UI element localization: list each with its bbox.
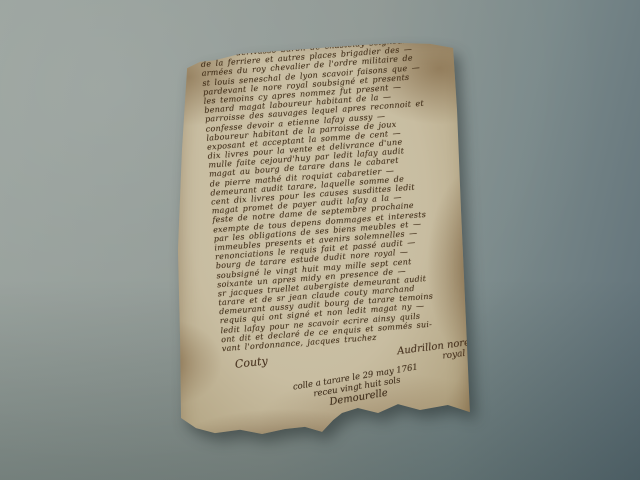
manuscript-line: mulle faite cejourd'huy par ledit lafay …: [208, 142, 472, 170]
manuscript-line: renonciations le requis fait et passé au…: [215, 233, 479, 261]
signature-notary-title: royal: [398, 348, 472, 367]
photo-backdrop: charles derivasso baron de chastelay sei…: [0, 0, 640, 480]
manuscript-line: bourg de tarare estude dudit nore royal …: [215, 242, 479, 270]
manuscript-line: magat au bourg de tarare dans le cabaret: [209, 151, 473, 179]
manuscript-line: de pierre mathé dit roquiat cabaretier —: [209, 160, 473, 188]
manuscript-line: parroisse des sauvages lequel apres reco…: [205, 96, 469, 124]
manuscript-line: charles derivasso baron de chastelay sei…: [200, 32, 464, 60]
manuscript-line: dix livres pour la vente et delivrance d…: [207, 132, 471, 160]
manuscript-line: tarare et de sr jean claude couty marcha…: [218, 279, 482, 307]
manuscript-line: par les obligations de ses biens meubles…: [213, 215, 477, 243]
manuscript-body: charles derivasso baron de chastelay sei…: [200, 32, 490, 414]
manuscript-line: pardevant le nore royal soubsigné et pre…: [203, 68, 467, 96]
manuscript-paper: charles derivasso baron de chastelay sei…: [170, 35, 476, 455]
manuscript-line: les temoins cy apres nommez fut present …: [203, 77, 467, 105]
manuscript-line: feste de notre dame de septembre prochai…: [212, 197, 476, 225]
manuscript-line: confesse devoir a etienne lafay aussy —: [205, 105, 469, 133]
signature-row: Couty Audrillon nore royal: [223, 339, 488, 378]
manuscript-line: demeurant aussy audit bourg de tarare te…: [219, 288, 483, 316]
manuscript-line: magat promet de payer audit lafay a la —: [211, 187, 475, 215]
registration-line-1: colle a tarare le 29 may 1761: [224, 352, 486, 404]
manuscript-line: requis qui ont signé et non ledit magat …: [220, 297, 484, 325]
manuscript-line: laboureur habitant de la parroisse de jo…: [206, 114, 470, 142]
registration-block: colle a tarare le 29 may 1761 receu ving…: [224, 352, 490, 425]
manuscript-line: soixante un apres midy en presence de —: [217, 261, 481, 289]
registration-line-2: receu vingt huit sols: [226, 362, 488, 414]
manuscript-line: vant l'ordonnance, jacques truchez: [222, 325, 486, 353]
signature-couty: Couty: [234, 355, 268, 371]
manuscript-line: armées du roy chevalier de l'ordre milit…: [201, 50, 465, 78]
manuscript-line: ont dit et declaré de ce enquis et sommé…: [221, 316, 485, 344]
manuscript-line: soubsigné le vingt huit may mille sept c…: [216, 252, 480, 280]
manuscript-line: de la ferriere et autres places brigadie…: [201, 41, 465, 69]
paper-shadow: charles derivasso baron de chastelay sei…: [0, 0, 640, 480]
manuscript-line: st louis seneschal de lyon scavoir faiso…: [202, 59, 466, 87]
manuscript-line: exposant et acceptant la somme de cent —: [207, 123, 471, 151]
signature-notary: Audrillon nore royal: [397, 338, 472, 367]
manuscript-line: immeubles presents et avenirs solemnelle…: [214, 224, 478, 252]
manuscript-lines: charles derivasso baron de chastelay sei…: [200, 32, 485, 354]
manuscript-line: sr jacques truellet aubergiste demeurant…: [217, 270, 481, 298]
manuscript-line: benard magat laboureur habitant de la —: [204, 87, 468, 115]
manuscript-line: demeurant audit tarare, laquelle somme d…: [210, 169, 474, 197]
signature-notary-name: Audrillon nore: [396, 337, 470, 357]
manuscript-line: cent dix livres pour les causes susditte…: [211, 178, 475, 206]
registration-signature: Demourelle: [228, 371, 490, 424]
manuscript-line: exempte de tous depens dommages et inter…: [213, 206, 477, 234]
manuscript-line: ledit lafay pour ne scavoir ecrire ainsy…: [220, 307, 484, 335]
